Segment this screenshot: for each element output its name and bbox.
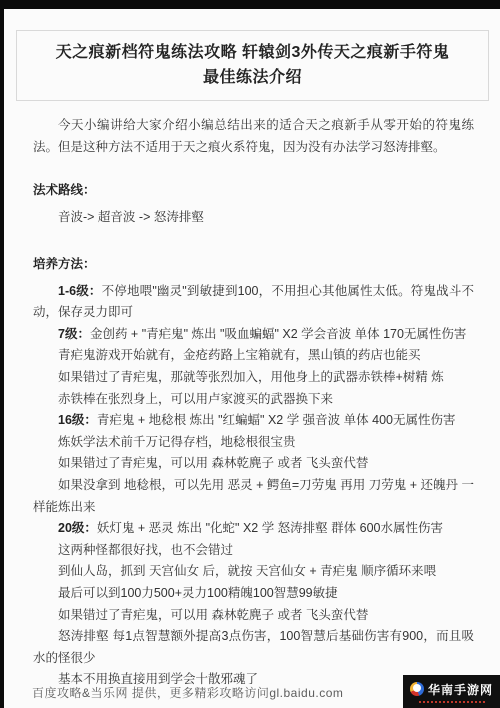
page-title: 天之痕新档符鬼练法攻略 轩辕剑3外传天之痕新手符鬼最佳练法介绍: [53, 40, 452, 90]
guide-line: 炼妖学法术前千万记得存档，地稔根很宝贵: [33, 432, 474, 454]
section-0: 法术路线：音波-> 超音波 -> 怒涛排壑: [33, 180, 474, 229]
intro-paragraph: 今天小编讲给大家介绍小编总结出来的适合天之痕新手从零开始的符鬼练法。但是这种方法…: [33, 114, 474, 158]
section-heading: 法术路线：: [33, 180, 474, 198]
swirl-globe-icon: [410, 682, 424, 696]
guide-line: 7级：金创药 + "青疟鬼" 炼出 "吸血蝙蝠" X2 学会音波 单体 170无…: [33, 324, 474, 346]
guide-line-text: 青疟鬼游戏开始就有，金疮药路上宝箱就有，黑山镇的药店也能买: [58, 348, 421, 362]
article-title-box: 天之痕新档符鬼练法攻略 轩辕剑3外传天之痕新手符鬼最佳练法介绍: [16, 30, 489, 101]
guide-line: 最后可以到100力500+灵力100精魄100智慧99敏捷: [33, 583, 474, 605]
guide-line: 音波-> 超音波 -> 怒涛排壑: [33, 207, 474, 229]
watermark-subtext-line: [419, 701, 485, 703]
watermark-site-name: 华南手游网: [428, 681, 493, 698]
guide-line-text: 如果错过了青疟鬼，那就等张烈加入，用他身上的武器赤铁棒+树精 炼: [58, 370, 444, 384]
guide-line: 这两种怪都很好找，也不会错过: [33, 540, 474, 562]
site-watermark: 华南手游网: [403, 675, 500, 708]
guide-line-text: 到仙人岛，抓到 天宫仙女 后，就按 天宫仙女 + 青疟鬼 顺序循环来喂: [58, 564, 436, 578]
guide-line: 如果没拿到 地稔根，可以先用 恶灵 + 鳄鱼=刀劳鬼 再用 刀劳鬼 + 还魄丹 …: [33, 475, 474, 518]
guide-line: 如果错过了青疟鬼，可以用 森林乾麂子 或者 飞头蛮代替: [33, 453, 474, 475]
article-sections: 法术路线：音波-> 超音波 -> 怒涛排壑培养方法：1-6级：不停地喂"幽灵"到…: [33, 180, 474, 691]
guide-line: 16级：青疟鬼 + 地稔根 炼出 "红蝙蝠" X2 学 强音波 单体 400无属…: [33, 410, 474, 432]
guide-line-text: 如果错过了青疟鬼，可以用 森林乾麂子 或者 飞头蛮代替: [58, 608, 368, 622]
guide-line: 1-6级：不停地喂"幽灵"到敏捷到100，不用担心其他属性太低。符鬼战斗不动，保…: [33, 281, 474, 324]
guide-line-lead: 1-6级：: [58, 284, 102, 298]
guide-line: 到仙人岛，抓到 天宫仙女 后，就按 天宫仙女 + 青疟鬼 顺序循环来喂: [33, 561, 474, 583]
section-1: 培养方法：1-6级：不停地喂"幽灵"到敏捷到100，不用担心其他属性太低。符鬼战…: [33, 254, 474, 691]
guide-line: 20级：妖灯鬼 + 恶灵 炼出 "化蛇" X2 学 怒涛排壑 群体 600水属性…: [33, 518, 474, 540]
guide-line-lead: 16级：: [58, 413, 97, 427]
watermark-row: 华南手游网: [410, 681, 493, 698]
guide-line: 赤铁棒在张烈身上，可以用卢家渡买的武器换下来: [33, 389, 474, 411]
guide-line-text: 这两种怪都很好找，也不会错过: [58, 543, 233, 557]
guide-line-text: 青疟鬼 + 地稔根 炼出 "红蝙蝠" X2 学 强音波 单体 400无属性伤害: [97, 413, 456, 427]
guide-line-text: 如果没拿到 地稔根，可以先用 恶灵 + 鳄鱼=刀劳鬼 再用 刀劳鬼 + 还魄丹 …: [33, 478, 474, 514]
guide-line: 如果错过了青疟鬼，那就等张烈加入，用他身上的武器赤铁棒+树精 炼: [33, 367, 474, 389]
guide-line: 如果错过了青疟鬼，可以用 森林乾麂子 或者 飞头蛮代替: [33, 605, 474, 627]
guide-line-text: 怒涛排壑 每1点智慧额外提高3点伤害，100智慧后基础伤害有900，而且吸水的怪…: [33, 629, 474, 665]
section-heading: 培养方法：: [33, 254, 474, 272]
guide-line-text: 音波-> 超音波 -> 怒涛排壑: [58, 210, 204, 224]
guide-line-text: 如果错过了青疟鬼，可以用 森林乾麂子 或者 飞头蛮代替: [58, 456, 368, 470]
guide-line-lead: 20级：: [58, 521, 97, 535]
guide-line-text: 妖灯鬼 + 恶灵 炼出 "化蛇" X2 学 怒涛排壑 群体 600水属性伤害: [97, 521, 443, 535]
guide-line-text: 金创药 + "青疟鬼" 炼出 "吸血蝙蝠" X2 学会音波 单体 170无属性伤…: [90, 327, 466, 341]
guide-line-text: 炼妖学法术前千万记得存档，地稔根很宝贵: [58, 435, 296, 449]
guide-line-text: 赤铁棒在张烈身上，可以用卢家渡买的武器换下来: [58, 392, 333, 406]
article-content: 今天小编讲给大家介绍小编总结出来的适合天之痕新手从零开始的符鬼练法。但是这种方法…: [4, 114, 500, 691]
footer-credit: 百度攻略&当乐网 提供，更多精彩攻略访问gl.baidu.com: [32, 684, 343, 701]
article-card: 天之痕新档符鬼练法攻略 轩辕剑3外传天之痕新手符鬼最佳练法介绍 今天小编讲给大家…: [4, 9, 500, 708]
guide-line: 青疟鬼游戏开始就有，金疮药路上宝箱就有，黑山镇的药店也能买: [33, 345, 474, 367]
guide-line-lead: 7级：: [58, 327, 90, 341]
guide-line: 怒涛排壑 每1点智慧额外提高3点伤害，100智慧后基础伤害有900，而且吸水的怪…: [33, 626, 474, 669]
guide-line-text: 最后可以到100力500+灵力100精魄100智慧99敏捷: [58, 586, 338, 600]
